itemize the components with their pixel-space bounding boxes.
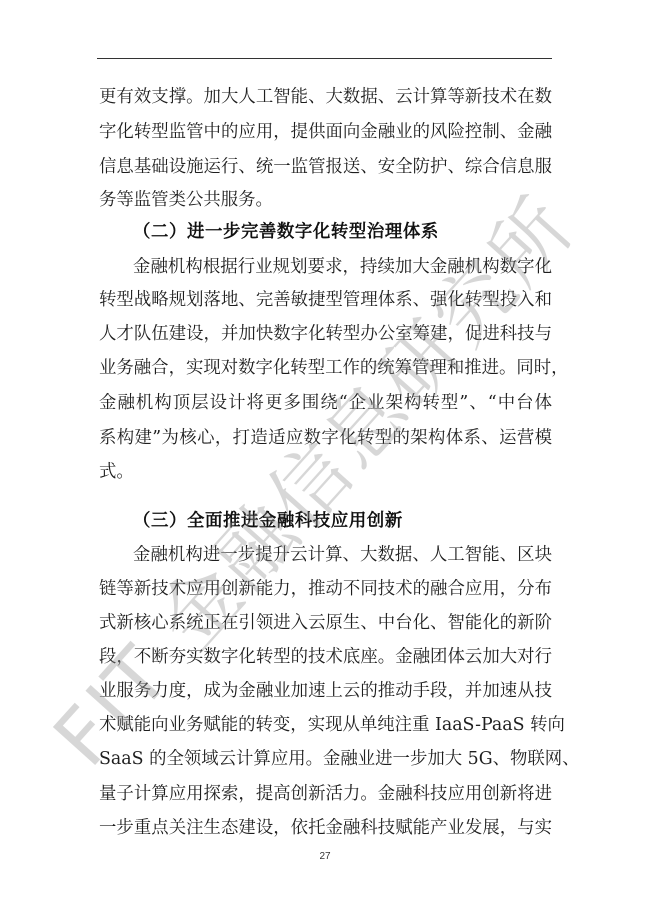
body-line: 务等监管类公共服务。 bbox=[99, 188, 273, 212]
body-line: 量子计算应用探索，提高创新活力。金融科技应用创新将进 bbox=[99, 782, 552, 806]
body-line: 一步重点关注生态建设，依托金融科技赋能产业发展，与实 bbox=[99, 816, 552, 840]
document-page: 更有效支撑。加大人工智能、大数据、云计算等新技术在数 字化转型监管中的应用，提供… bbox=[0, 0, 650, 919]
body-line: 系构建”为核心，打造适应数字化转型的架构体系、运营模 bbox=[99, 426, 552, 450]
body-line: 段，不断夯实数字化转型的技术底座。金融团体云加大对行 bbox=[99, 645, 552, 669]
header-rule bbox=[97, 58, 552, 59]
page-number: 27 bbox=[315, 851, 335, 862]
section-heading: （二）进一步完善数字化转型治理体系 bbox=[133, 219, 439, 245]
body-line: 术赋能向业务赋能的转变，实现从单纯注重 IaaS-PaaS 转向 bbox=[99, 713, 552, 737]
body-line: 更有效支撑。加大人工智能、大数据、云计算等新技术在数 bbox=[99, 85, 552, 109]
body-line: 金融机构进一步提升云计算、大数据、人工智能、区块 bbox=[133, 543, 552, 567]
body-line: 链等新技术应用创新能力，推动不同技术的融合应用，分布 bbox=[99, 577, 552, 601]
body-line: 信息基础设施运行、统一监管报送、安全防护、综合信息服 bbox=[99, 155, 552, 179]
body-line: 字化转型监管中的应用，提供面向金融业的风险控制、金融 bbox=[99, 120, 552, 144]
body-line: 业务融合，实现对数字化转型工作的统筹管理和推进。同时， bbox=[99, 356, 552, 380]
body-line: 式新核心系统正在引领进入云原生、中台化、智能化的新阶 bbox=[99, 611, 552, 635]
body-line: 金融机构根据行业规划要求，持续加大金融机构数字化 bbox=[133, 255, 552, 279]
section-heading: （三）全面推进金融科技应用创新 bbox=[133, 508, 403, 534]
body-line: 式。 bbox=[99, 460, 134, 484]
body-line: 金融机构顶层设计将更多围绕“企业架构转型”、“中台体 bbox=[99, 391, 552, 415]
body-line: 业服务力度，成为金融业加速上云的推动手段，并加速从技 bbox=[99, 679, 552, 703]
body-line: 转型战略规划落地、完善敏捷型管理体系、强化转型投入和 bbox=[99, 288, 552, 312]
body-line: 人才队伍建设，并加快数字化转型办公室筹建，促进科技与 bbox=[99, 322, 552, 346]
body-line: SaaS 的全领域云计算应用。金融业进一步加大 5G、物联网、 bbox=[99, 747, 552, 771]
